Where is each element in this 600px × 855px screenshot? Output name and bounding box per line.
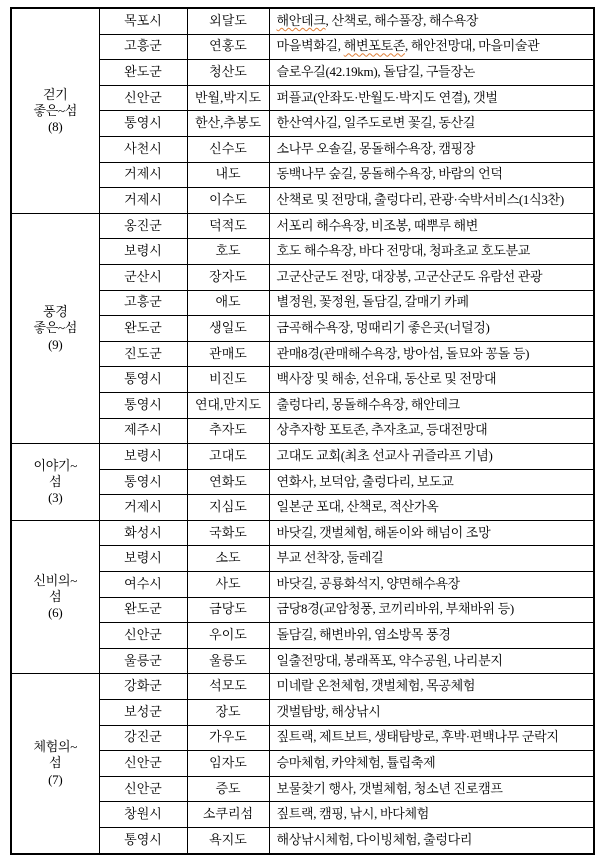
island-cell: 장자도 — [187, 264, 269, 290]
island-cell: 울릉도 — [187, 648, 269, 674]
features-cell: 산책로 및 전망대, 출렁다리, 관광·숙박서비스(1식3찬) — [269, 188, 594, 214]
city-cell: 통영시 — [99, 469, 187, 495]
city-cell: 통영시 — [99, 392, 187, 418]
island-cell: 임자도 — [187, 751, 269, 777]
category-cell: 걷기좋은~섬(8) — [11, 8, 99, 213]
city-cell: 보성군 — [99, 700, 187, 726]
city-cell: 보령시 — [99, 239, 187, 265]
city-cell: 사천시 — [99, 136, 187, 162]
city-cell: 진도군 — [99, 341, 187, 367]
features-cell: 돌담길, 해변바위, 염소방목 풍경 — [269, 623, 594, 649]
features-cell: 해안데크, 산책로, 해수풀장, 해수욕장 — [269, 8, 594, 34]
city-cell: 군산시 — [99, 264, 187, 290]
table-row: 통영시연대,만지도출렁다리, 몽돌해수욕장, 해안데크 — [11, 392, 594, 418]
island-cell: 석모도 — [187, 674, 269, 700]
island-cell: 덕적도 — [187, 213, 269, 239]
features-cell: 별정원, 꽃정원, 돌담길, 갈매기 카페 — [269, 290, 594, 316]
island-cell: 연화도 — [187, 469, 269, 495]
city-cell: 거제시 — [99, 162, 187, 188]
features-cell: 관매8경(관매해수욕장, 방아섬, 돌묘와 꽁돌 등) — [269, 341, 594, 367]
features-cell: 바닷길, 공룡화석지, 양면해수욕장 — [269, 572, 594, 598]
table-row: 창원시소쿠리섬짚트랙, 캠핑, 낚시, 바다체험 — [11, 802, 594, 828]
features-cell: 백사장 및 해송, 선유대, 동산로 및 전망대 — [269, 367, 594, 393]
features-cell: 금곡해수욕장, 멍때리기 좋은곳(너덜겅) — [269, 316, 594, 342]
city-cell: 거제시 — [99, 495, 187, 521]
features-cell: 짚트랙, 제트보트, 생태탐방로, 후박·편백나무 군락지 — [269, 725, 594, 751]
table-row: 신안군우이도돌담길, 해변바위, 염소방목 풍경 — [11, 623, 594, 649]
table-row: 통영시비진도백사장 및 해송, 선유대, 동산로 및 전망대 — [11, 367, 594, 393]
table-row: 신안군임자도승마체험, 카약체험, 튤립축제 — [11, 751, 594, 777]
features-cell: 상추자항 포토존, 추자초교, 등대전망대 — [269, 418, 594, 444]
city-cell: 강화군 — [99, 674, 187, 700]
city-cell: 제주시 — [99, 418, 187, 444]
table-row: 완도군청산도슬로우길(42.19km), 돌담길, 구들장논 — [11, 60, 594, 86]
island-cell: 욕지도 — [187, 828, 269, 854]
table-row: 신안군반월,박지도퍼플교(안좌도·반월도·박지도 연결), 갯벌 — [11, 85, 594, 111]
category-cell: 풍경좋은~섬(9) — [11, 213, 99, 443]
table-row: 보성군장도갯벌탐방, 해상낚시 — [11, 700, 594, 726]
category-cell: 신비의~섬(6) — [11, 520, 99, 674]
misspelled-word: 해안데크 — [277, 13, 326, 28]
category-cell: 체험의~섬(7) — [11, 674, 99, 854]
features-cell: 소나무 오솔길, 몽돌해수욕장, 캠핑장 — [269, 136, 594, 162]
table-row: 고흥군애도별정원, 꽃정원, 돌담길, 갈매기 카페 — [11, 290, 594, 316]
island-theme-table: 걷기좋은~섬(8)목포시외달도해안데크, 산책로, 해수풀장, 해수욕장고흥군연… — [10, 7, 595, 855]
misspelled-word: 해변포토존 — [344, 38, 405, 53]
island-cell: 이수도 — [187, 188, 269, 214]
features-cell: 고군산군도 전망, 대장봉, 고군산군도 유람선 관광 — [269, 264, 594, 290]
city-cell: 강진군 — [99, 725, 187, 751]
features-cell: 출렁다리, 몽돌해수욕장, 해안데크 — [269, 392, 594, 418]
city-cell: 통영시 — [99, 111, 187, 137]
island-cell: 소도 — [187, 546, 269, 572]
table-row: 완도군생일도금곡해수욕장, 멍때리기 좋은곳(너덜겅) — [11, 316, 594, 342]
features-cell: 호도 해수욕장, 바다 전망대, 청파초교 호도분교 — [269, 239, 594, 265]
category-cell: 이야기~섬(3) — [11, 444, 99, 521]
city-cell: 신안군 — [99, 751, 187, 777]
city-cell: 통영시 — [99, 367, 187, 393]
features-cell: 연화사, 보덕암, 출렁다리, 보도교 — [269, 469, 594, 495]
table-row: 울릉군울릉도일출전망대, 봉래폭포, 약수공원, 나리분지 — [11, 648, 594, 674]
city-cell: 완도군 — [99, 316, 187, 342]
island-cell: 장도 — [187, 700, 269, 726]
table-row: 신비의~섬(6)화성시국화도바닷길, 갯벌체험, 해돋이와 해넘이 조망 — [11, 520, 594, 546]
table-row: 완도군금당도금당8경(교암청풍, 코끼리바위, 부채바위 등) — [11, 597, 594, 623]
table-row: 걷기좋은~섬(8)목포시외달도해안데크, 산책로, 해수풀장, 해수욕장 — [11, 8, 594, 34]
island-cell: 증도 — [187, 776, 269, 802]
table-row: 보령시호도호도 해수욕장, 바다 전망대, 청파초교 호도분교 — [11, 239, 594, 265]
city-cell: 옹진군 — [99, 213, 187, 239]
island-cell: 가우도 — [187, 725, 269, 751]
table-row: 군산시장자도고군산군도 전망, 대장봉, 고군산군도 유람선 관광 — [11, 264, 594, 290]
features-cell: 미네랄 온천체험, 갯벌체험, 목공체험 — [269, 674, 594, 700]
table-row: 여수시사도바닷길, 공룡화석지, 양면해수욕장 — [11, 572, 594, 598]
city-cell: 거제시 — [99, 188, 187, 214]
island-cell: 연홍도 — [187, 34, 269, 60]
island-cell: 한산,추봉도 — [187, 111, 269, 137]
island-cell: 연대,만지도 — [187, 392, 269, 418]
city-cell: 신안군 — [99, 623, 187, 649]
city-cell: 목포시 — [99, 8, 187, 34]
table-row: 거제시내도동백나무 숲길, 몽돌해수욕장, 바람의 언덕 — [11, 162, 594, 188]
city-cell: 고흥군 — [99, 34, 187, 60]
table-row: 풍경좋은~섬(9)옹진군덕적도서포리 해수욕장, 비조봉, 때뿌루 해변 — [11, 213, 594, 239]
city-cell: 창원시 — [99, 802, 187, 828]
features-cell: 고대도 교회(최초 선교사 귀즐라프 기념) — [269, 444, 594, 470]
city-cell: 신안군 — [99, 85, 187, 111]
table-row: 진도군관매도관매8경(관매해수욕장, 방아섬, 돌묘와 꽁돌 등) — [11, 341, 594, 367]
features-cell: 슬로우길(42.19km), 돌담길, 구들장논 — [269, 60, 594, 86]
city-cell: 완도군 — [99, 597, 187, 623]
city-cell: 완도군 — [99, 60, 187, 86]
table-row: 거제시지심도일본군 포대, 산책로, 적산가옥 — [11, 495, 594, 521]
city-cell: 신안군 — [99, 776, 187, 802]
island-cell: 관매도 — [187, 341, 269, 367]
table-row: 고흥군연홍도마을벽화길, 해변포토존, 해안전망대, 마을미술관 — [11, 34, 594, 60]
island-cell: 우이도 — [187, 623, 269, 649]
island-cell: 금당도 — [187, 597, 269, 623]
city-cell: 울릉군 — [99, 648, 187, 674]
island-cell: 애도 — [187, 290, 269, 316]
island-cell: 외달도 — [187, 8, 269, 34]
island-cell: 비진도 — [187, 367, 269, 393]
city-cell: 보령시 — [99, 546, 187, 572]
features-cell: 일출전망대, 봉래폭포, 약수공원, 나리분지 — [269, 648, 594, 674]
features-cell: 보물찾기 행사, 갯벌체험, 청소년 진로캠프 — [269, 776, 594, 802]
island-table-body: 걷기좋은~섬(8)목포시외달도해안데크, 산책로, 해수풀장, 해수욕장고흥군연… — [11, 8, 594, 854]
island-cell: 신수도 — [187, 136, 269, 162]
city-cell: 보령시 — [99, 444, 187, 470]
island-cell: 반월,박지도 — [187, 85, 269, 111]
features-cell: 서포리 해수욕장, 비조봉, 때뿌루 해변 — [269, 213, 594, 239]
island-cell: 호도 — [187, 239, 269, 265]
features-cell: 마을벽화길, 해변포토존, 해안전망대, 마을미술관 — [269, 34, 594, 60]
table-row: 강진군가우도짚트랙, 제트보트, 생태탐방로, 후박·편백나무 군락지 — [11, 725, 594, 751]
table-row: 통영시한산,추봉도한산역사길, 일주도로변 꽃길, 동산길 — [11, 111, 594, 137]
features-cell: 승마체험, 카약체험, 튤립축제 — [269, 751, 594, 777]
table-row: 사천시신수도소나무 오솔길, 몽돌해수욕장, 캠핑장 — [11, 136, 594, 162]
city-cell: 여수시 — [99, 572, 187, 598]
features-cell: 바닷길, 갯벌체험, 해돋이와 해넘이 조망 — [269, 520, 594, 546]
features-cell: 갯벌탐방, 해상낚시 — [269, 700, 594, 726]
island-cell: 사도 — [187, 572, 269, 598]
city-cell: 고흥군 — [99, 290, 187, 316]
table-row: 신안군증도보물찾기 행사, 갯벌체험, 청소년 진로캠프 — [11, 776, 594, 802]
table-row: 제주시추자도상추자항 포토존, 추자초교, 등대전망대 — [11, 418, 594, 444]
table-row: 거제시이수도산책로 및 전망대, 출렁다리, 관광·숙박서비스(1식3찬) — [11, 188, 594, 214]
island-cell: 추자도 — [187, 418, 269, 444]
features-cell: 퍼플교(안좌도·반월도·박지도 연결), 갯벌 — [269, 85, 594, 111]
island-cell: 소쿠리섬 — [187, 802, 269, 828]
table-row: 통영시욕지도해상낚시체험, 다이빙체험, 출렁다리 — [11, 828, 594, 854]
island-cell: 국화도 — [187, 520, 269, 546]
features-cell: 일본군 포대, 산책로, 적산가옥 — [269, 495, 594, 521]
table-row: 이야기~섬(3)보령시고대도고대도 교회(최초 선교사 귀즐라프 기념) — [11, 444, 594, 470]
island-cell: 내도 — [187, 162, 269, 188]
features-cell: 짚트랙, 캠핑, 낚시, 바다체험 — [269, 802, 594, 828]
island-cell: 생일도 — [187, 316, 269, 342]
island-cell: 고대도 — [187, 444, 269, 470]
features-cell: 한산역사길, 일주도로변 꽃길, 동산길 — [269, 111, 594, 137]
city-cell: 통영시 — [99, 828, 187, 854]
city-cell: 화성시 — [99, 520, 187, 546]
features-cell: 금당8경(교암청풍, 코끼리바위, 부채바위 등) — [269, 597, 594, 623]
island-cell: 청산도 — [187, 60, 269, 86]
features-cell: 동백나무 숲길, 몽돌해수욕장, 바람의 언덕 — [269, 162, 594, 188]
features-cell: 해상낚시체험, 다이빙체험, 출렁다리 — [269, 828, 594, 854]
island-cell: 지심도 — [187, 495, 269, 521]
table-row: 통영시연화도연화사, 보덕암, 출렁다리, 보도교 — [11, 469, 594, 495]
features-cell: 부교 선착장, 둘레길 — [269, 546, 594, 572]
table-row: 보령시소도부교 선착장, 둘레길 — [11, 546, 594, 572]
table-row: 체험의~섬(7)강화군석모도미네랄 온천체험, 갯벌체험, 목공체험 — [11, 674, 594, 700]
